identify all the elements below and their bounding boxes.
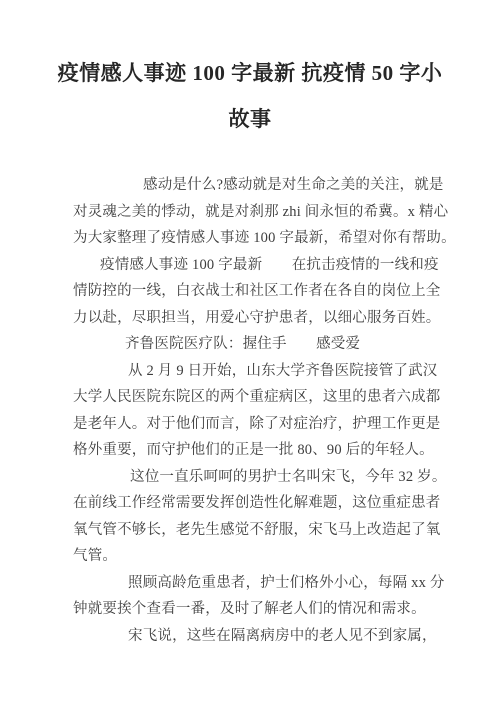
body-text-line: 照顾高龄危重患者，护士们格外小心，每隔 xx 分: [73, 570, 429, 597]
body-text-line: 是老年人。对于他们而言，除了对症治疗，护理工作更是: [73, 411, 429, 438]
body-text-line: 感动是什么?感动就是对生命之美的关注，就是: [73, 172, 429, 199]
body-text-line: 力以赴，尽职担当，用爱心守护患者，以细心服务百姓。: [73, 305, 429, 332]
body-text-line: 情防控的一线，白衣战士和社区工作者在各自的岗位上全: [73, 278, 429, 305]
document-body: 感动是什么?感动就是对生命之美的关注，就是对灵魂之美的悸动，就是对刹那 zhi …: [73, 172, 429, 649]
document-page: 疫情感人事迹 100 字最新 抗疫情 50 字小 故事 感动是什么?感动就是对生…: [0, 0, 500, 708]
body-text-line: 疫情感人事迹 100 字最新 在抗击疫情的一线和疫: [73, 252, 429, 279]
title-line: 故事: [40, 96, 460, 142]
body-text-line: 为大家整理了疫情感人事迹 100 字最新，希望对你有帮助。: [73, 225, 429, 252]
body-text-line: 对灵魂之美的悸动，就是对刹那 zhi 间永恒的希冀。x 精心: [73, 199, 429, 226]
document-title: 疫情感人事迹 100 字最新 抗疫情 50 字小 故事: [40, 50, 460, 142]
title-line: 疫情感人事迹 100 字最新 抗疫情 50 字小: [40, 50, 460, 96]
body-text-line: 大学人民医院东院区的两个重症病区，这里的患者六成都: [73, 384, 429, 411]
body-text-line: 气管。: [73, 543, 429, 570]
body-text-line: 氧气管不够长，老先生感觉不舒服，宋飞马上改造起了氧: [73, 517, 429, 544]
body-text-line: 钟就要挨个查看一番，及时了解老人们的情况和需求。: [73, 596, 429, 623]
body-text-line: 这位一直乐呵呵的男护士名叫宋飞，今年 32 岁。: [73, 464, 429, 491]
body-text-line: 在前线工作经常需要发挥创造性化解难题，这位重症患者: [73, 490, 429, 517]
body-text-line: 从 2 月 9 日开始，山东大学齐鲁医院接管了武汉: [73, 358, 429, 385]
body-text-line: 齐鲁医院医疗队：握住手 感受爱: [73, 331, 429, 358]
body-text-line: 宋飞说，这些在隔离病房中的老人见不到家属，: [73, 623, 429, 650]
body-text-line: 格外重要，而守护他们的正是一批 80、90 后的年轻人。: [73, 437, 429, 464]
